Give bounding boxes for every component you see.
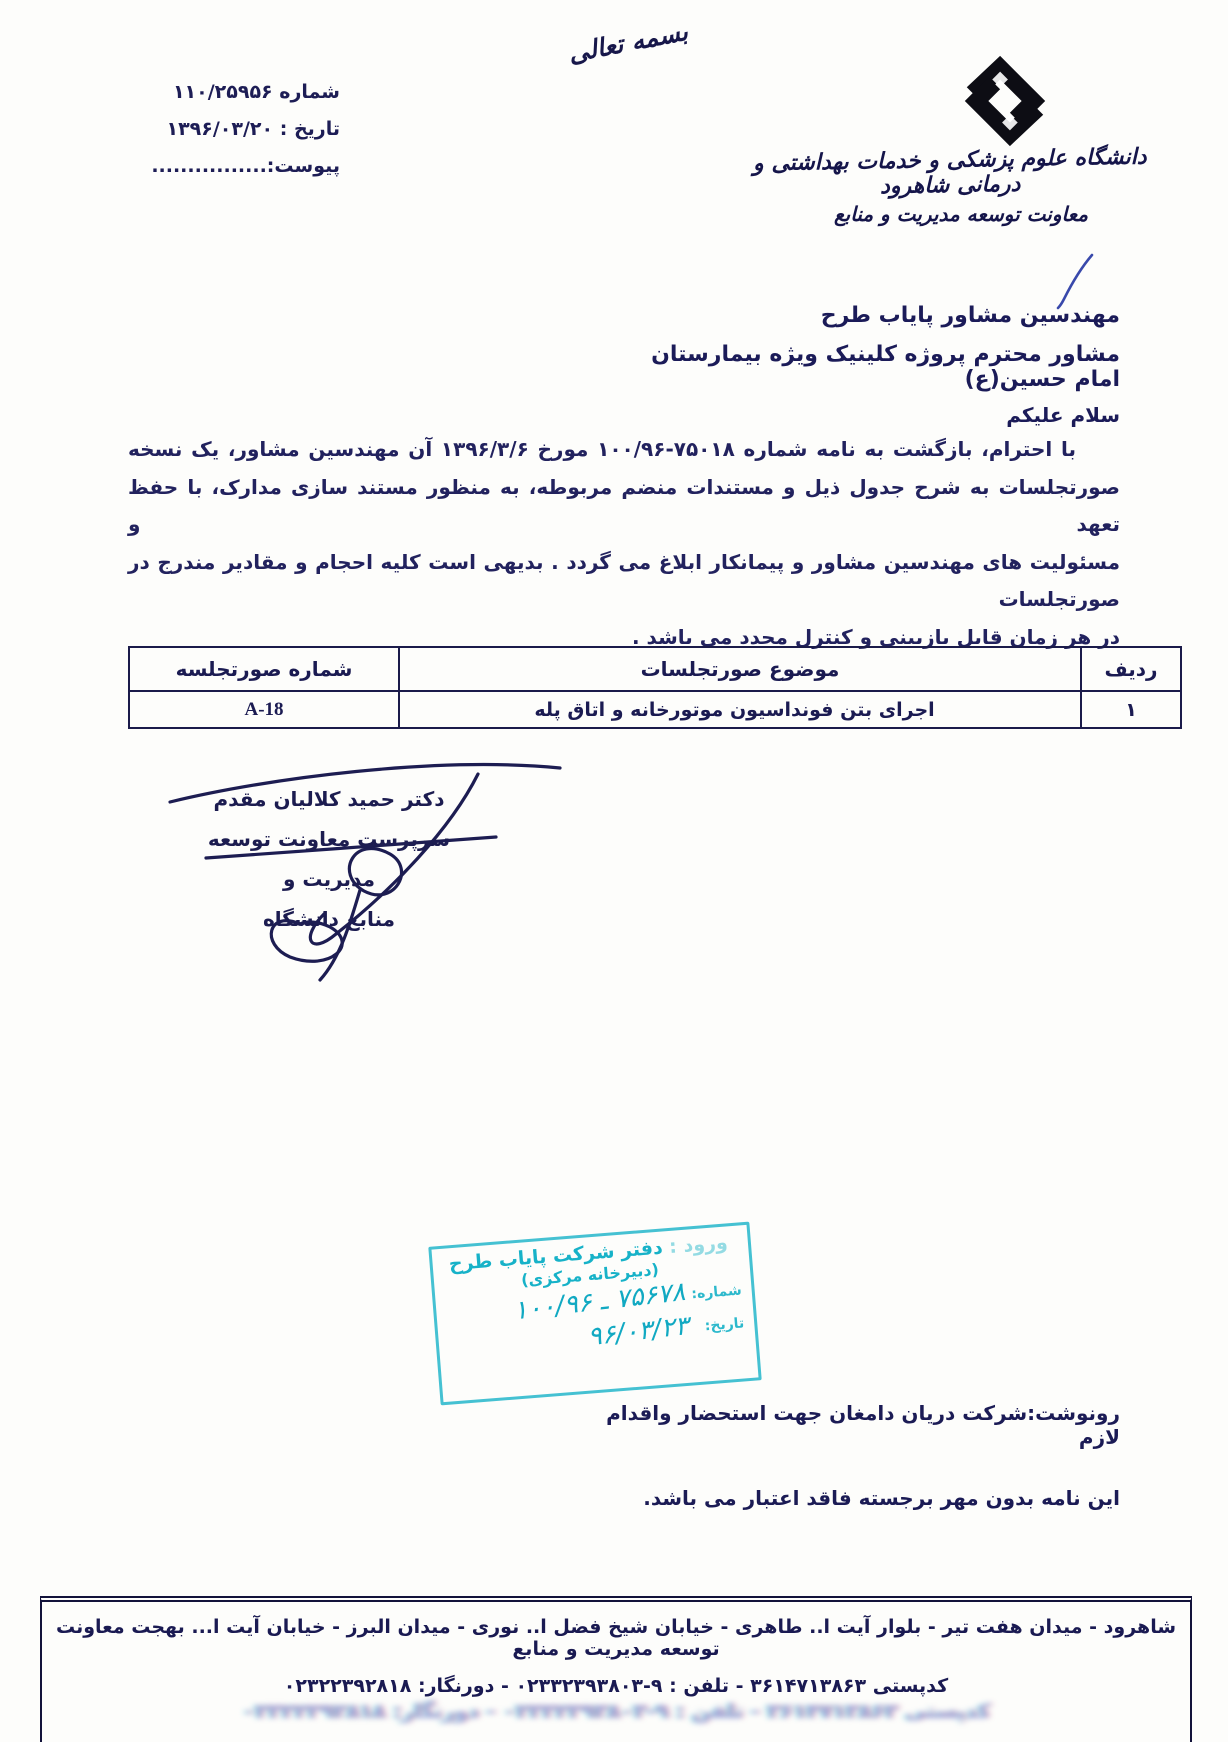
salutation: سلام علیکم (608, 403, 1120, 427)
body-line-1: با احترام، بازگشت به نامه شماره ۷۵۰۱۸-۱۰… (128, 431, 1120, 469)
letter-attachment-line: پیوست:................ (92, 148, 340, 185)
stamp-date-label: تاریخ: (688, 1315, 745, 1335)
letter-attachment-dots: ................ (151, 155, 266, 177)
letter-number-value: ۱۱۰/۲۵۹۵۶ (173, 81, 273, 103)
signature-scrawl-icon (148, 738, 584, 982)
letter-number-label: شماره (279, 81, 340, 103)
university-name: دانشگاه علوم پزشکی و خدمات بهداشتی و درم… (738, 144, 1163, 201)
footer-contact: کدپستی ۳۶۱۴۷۱۳۸۶۳ - تلفن : ۹-۰۲۳۳۲۳۹۳۸۰۳… (42, 1675, 1190, 1697)
cell-row-no: ۱ (1081, 691, 1181, 728)
letter-date-value: ۱۳۹۶/۰۳/۲۰ (166, 118, 273, 140)
recipient-role: مشاور محترم پروژه کلینیک ویژه بیمارستان … (608, 342, 1120, 392)
stamp-entry-label: ورود : (668, 1231, 728, 1258)
body-paragraph: با احترام، بازگشت به نامه شماره ۷۵۰۱۸-۱۰… (128, 431, 1120, 656)
letter-meta: شماره ۱۱۰/۲۵۹۵۶ تاریخ : ۱۳۹۶/۰۳/۲۰ پیوست… (92, 74, 340, 185)
col-header-row-no: ردیف (1081, 647, 1181, 691)
letter-attachment-label: پیوست: (267, 155, 340, 177)
deputy-name: معاونت توسعه مدیریت و منابع (798, 202, 1124, 226)
cc-line: رونوشت:شرکت دریان دامغان جهت استحضار واق… (600, 1401, 1120, 1449)
university-logo-icon (950, 52, 1060, 150)
recipient-org: مهندسین مشاور پایاب طرح (608, 303, 1120, 328)
scan-ghost-artifact: کدپستی ۳۶۱۴۷۱۳۸۶۳ - تلفن : ۹-۰۲۳۳۲۳۹۳۸۰۳… (2, 1699, 1228, 1723)
stamp-date-value: ۹۶/۰۳/۲۳ (586, 1311, 690, 1352)
body-line-3: مسئولیت های مهندسین مشاور و پیمانکار ابل… (128, 544, 1120, 619)
recipient-block: مهندسین مشاور پایاب طرح مشاور محترم پروژ… (608, 303, 1120, 427)
table-header-row: ردیف موضوع صورتجلسات شماره صورتجلسه (129, 647, 1181, 691)
letter-date-line: تاریخ : ۱۳۹۶/۰۳/۲۰ (92, 111, 340, 148)
minutes-table: ردیف موضوع صورتجلسات شماره صورتجلسه ۱ اج… (128, 646, 1182, 729)
footer-box: شاهرود - میدان هفت تیر - بلوار آیت ا.. ط… (40, 1596, 1192, 1742)
scanned-letter-page: شماره ۱۱۰/۲۵۹۵۶ تاریخ : ۱۳۹۶/۰۳/۲۰ پیوست… (0, 0, 1228, 1742)
letter-date-label: تاریخ : (280, 118, 340, 140)
col-header-subject: موضوع صورتجلسات (399, 647, 1081, 691)
letter-number-line: شماره ۱۱۰/۲۵۹۵۶ (92, 74, 340, 111)
body-line-2: صورتجلسات به شرح جدول ذیل و مستندات منضم… (128, 469, 1120, 544)
footer-address: شاهرود - میدان هفت تیر - بلوار آیت ا.. ط… (42, 1616, 1190, 1660)
bismillah-calligraphy: بسمه تعالی (537, 11, 719, 74)
stamp-number-label: شماره: (685, 1282, 742, 1302)
col-header-minutes-no: شماره صورتجلسه (129, 647, 399, 691)
cell-minutes-no: A-18 (129, 691, 399, 728)
table-row: ۱ اجرای بتن فونداسیون موتورخانه و اتاق پ… (129, 691, 1181, 728)
validity-note: این نامه بدون مهر برجسته فاقد اعتبار می … (600, 1486, 1120, 1510)
cell-subject: اجرای بتن فونداسیون موتورخانه و اتاق پله (399, 691, 1081, 728)
entry-stamp: ورود : دفتر شرکت پایاب طرح (دبیرخانه مرک… (428, 1222, 761, 1406)
